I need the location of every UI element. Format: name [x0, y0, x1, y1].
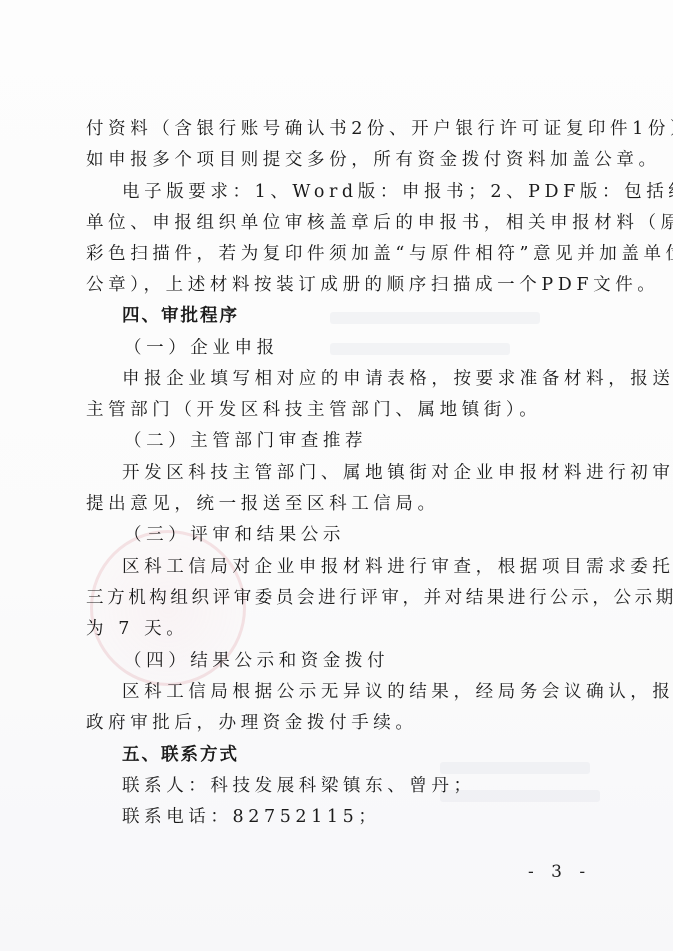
page-number: - 3 -: [528, 862, 591, 882]
subsection-title: （二）主管部门审查推荐: [124, 430, 367, 452]
body-line: 开发区科技主管部门、属地镇街对企业申报材料进行初审，: [122, 462, 673, 484]
body-line: 提出意见，统一报送至区科工信局。: [86, 493, 440, 515]
body-line: 单位、申报组织单位审核盖章后的申报书，相关申报材料（原件: [86, 212, 673, 234]
body-line: 三方机构组织评审委员会进行评审，并对结果进行公示，公示期: [86, 587, 673, 609]
body-line: 电子版要求：1、Word版：申报书；2、PDF版：包括经申报: [122, 181, 673, 203]
body-line: 政府审批后，办理资金拨付手续。: [86, 712, 418, 734]
section-heading-approval: 四、审批程序: [122, 305, 239, 327]
subsection-title: （四）结果公示和资金拨付: [124, 650, 389, 672]
contact-person: 联系人：科技发展科梁镇东、曾丹；: [122, 775, 476, 797]
body-line: 公章），上述材料按装订成册的顺序扫描成一个PDF文件。: [86, 274, 659, 296]
bleed-through-mark: [440, 762, 590, 774]
contact-phone: 联系电话：82752115；: [122, 806, 380, 828]
bleed-through-mark: [330, 312, 540, 324]
body-line: 付资料（含银行账号确认书2份、开户银行许可证复印件1份），: [86, 118, 673, 140]
document-page: 付资料（含银行账号确认书2份、开户银行许可证复印件1份）， 如申报多个项目则提交…: [0, 0, 673, 951]
subsection-title: （三）评审和结果公示: [124, 524, 345, 546]
body-line: 为 7 天。: [86, 618, 188, 640]
body-line: 主管部门（开发区科技主管部门、属地镇街）。: [86, 399, 541, 421]
body-line: 申报企业填写相对应的申请表格，按要求准备材料，报送至: [122, 368, 673, 390]
body-line: 如申报多个项目则提交多份，所有资金拨付资料加盖公章。: [86, 149, 661, 171]
body-line: 区科工信局对企业申报材料进行审查，根据项目需求委托第: [122, 556, 673, 578]
section-heading-contact: 五、联系方式: [122, 744, 239, 766]
body-line: 彩色扫描件，若为复印件须加盖“与原件相符”意见并加盖单位: [86, 243, 673, 265]
subsection-title: （一）企业申报: [124, 337, 279, 359]
body-line: 区科工信局根据公示无异议的结果，经局务会议确认，报区: [122, 681, 673, 703]
bleed-through-mark: [330, 343, 510, 355]
